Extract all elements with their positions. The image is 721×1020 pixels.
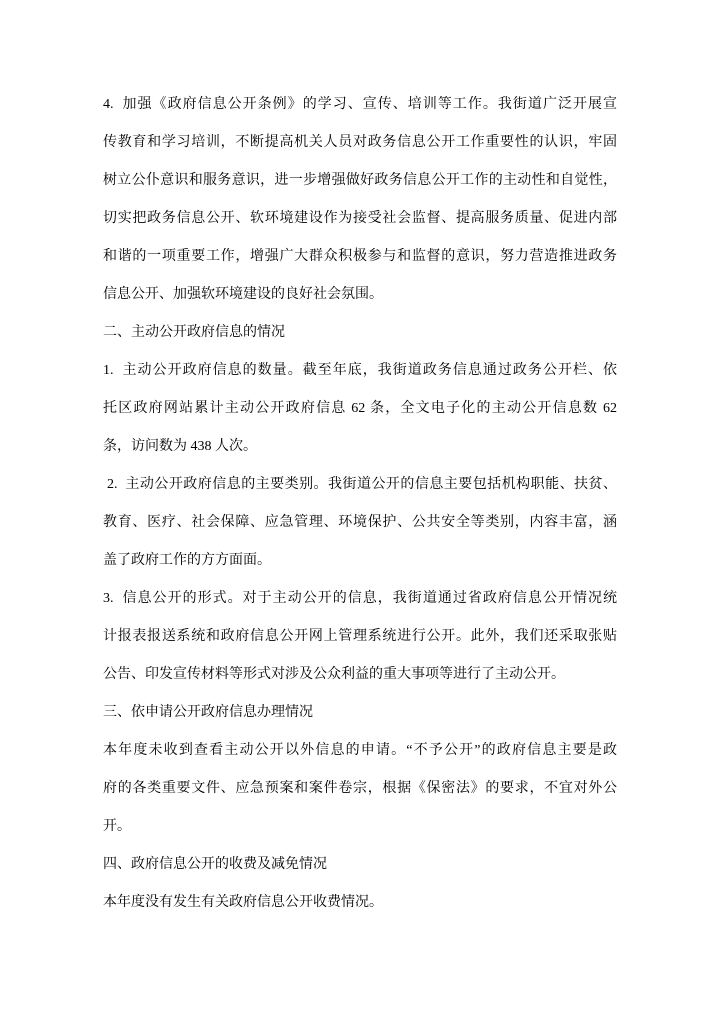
- text-line: 和谐的一项重要工作，增强广大群众积极参与和监督的意识，努力营造推进政务: [103, 238, 617, 276]
- text-line: 4. 加强《政府信息公开条例》的学习、宣传、培训等工作。我街道广泛开展宣: [103, 86, 617, 124]
- section-heading: 四、政府信息公开的收费及减免情况: [103, 846, 617, 884]
- section-heading: 三、依申请公开政府信息办理情况: [103, 694, 617, 732]
- paragraph: 2. 主动公开政府信息的主要类别。我街道公开的信息主要包括机构职能、扶贫、教育、…: [103, 466, 617, 580]
- paragraph: 本年度未收到查看主动公开以外信息的申请。“不予公开”的政府信息主要是政府的各类重…: [103, 732, 617, 846]
- text-line: 计报表报送系统和政府信息公开网上管理系统进行公开。此外，我们还采取张贴: [103, 618, 617, 656]
- text-line: 公告、印发宣传材料等形式对涉及公众利益的重大事项等进行了主动公开。: [103, 656, 617, 694]
- paragraph: 本年度没有发生有关政府信息公开收费情况。: [103, 884, 617, 922]
- text-line: 二、主动公开政府信息的情况: [103, 314, 617, 352]
- document-body: 4. 加强《政府信息公开条例》的学习、宣传、培训等工作。我街道广泛开展宣传教育和…: [103, 86, 617, 922]
- text-line: 本年度未收到查看主动公开以外信息的申请。“不予公开”的政府信息主要是政: [103, 732, 617, 770]
- page: { "page": { "background_color": "#ffffff…: [0, 0, 721, 1020]
- text-line: 三、依申请公开政府信息办理情况: [103, 694, 617, 732]
- text-line: 府的各类重要文件、应急预案和案件卷宗，根据《保密法》的要求，不宜对外公: [103, 770, 617, 808]
- text-line: 托区政府网站累计主动公开政府信息 62 条，全文电子化的主动公开信息数 62: [103, 390, 617, 428]
- text-line: 3. 信息公开的形式。对于主动公开的信息，我街道通过省政府信息公开情况统: [103, 580, 617, 618]
- text-line: 树立公仆意识和服务意识，进一步增强做好政务信息公开工作的主动性和自觉性，: [103, 162, 617, 200]
- text-line: 条，访问数为 438 人次。: [103, 428, 617, 466]
- text-line: 2. 主动公开政府信息的主要类别。我街道公开的信息主要包括机构职能、扶贫、: [103, 466, 617, 504]
- text-line: 本年度没有发生有关政府信息公开收费情况。: [103, 884, 617, 922]
- text-line: 开。: [103, 808, 617, 846]
- paragraph: 3. 信息公开的形式。对于主动公开的信息，我街道通过省政府信息公开情况统计报表报…: [103, 580, 617, 694]
- paragraph: 1. 主动公开政府信息的数量。截至年底，我街道政务信息通过政务公开栏、依托区政府…: [103, 352, 617, 466]
- text-line: 盖了政府工作的方方面面。: [103, 542, 617, 580]
- section-heading: 二、主动公开政府信息的情况: [103, 314, 617, 352]
- text-line: 传教育和学习培训，不断提高机关人员对政务信息公开工作重要性的认识，牢固: [103, 124, 617, 162]
- text-line: 1. 主动公开政府信息的数量。截至年底，我街道政务信息通过政务公开栏、依: [103, 352, 617, 390]
- text-line: 切实把政务信息公开、软环境建设作为接受社会监督、提高服务质量、促进内部: [103, 200, 617, 238]
- text-line: 信息公开、加强软环境建设的良好社会氛围。: [103, 276, 617, 314]
- text-line: 教育、医疗、社会保障、应急管理、环境保护、公共安全等类别，内容丰富，涵: [103, 504, 617, 542]
- paragraph: 4. 加强《政府信息公开条例》的学习、宣传、培训等工作。我街道广泛开展宣传教育和…: [103, 86, 617, 314]
- text-line: 四、政府信息公开的收费及减免情况: [103, 846, 617, 884]
